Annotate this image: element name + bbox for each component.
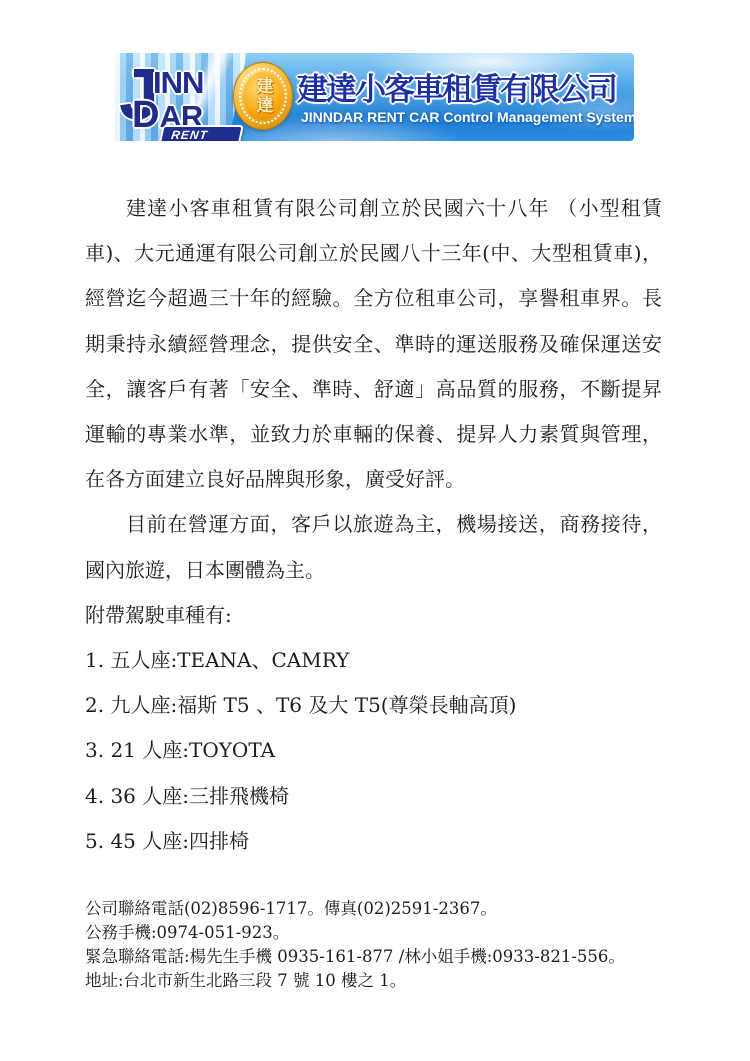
logo-letters-inn: INN: [153, 67, 203, 98]
vehicle-list: 1. 五人座:TEANA、CAMRY 2. 九人座:福斯 T5 、T6 及大 T…: [85, 638, 662, 864]
list-item: 1. 五人座:TEANA、CAMRY: [85, 638, 662, 683]
list-item: 2. 九人座:福斯 T5 、T6 及大 T5(尊榮長軸高頂): [85, 683, 662, 728]
paragraph-line: 運輸的專業水準，並致力於車輛的保養、提昇人力素質與管理，: [85, 412, 662, 457]
logo-letter-d: D: [132, 94, 159, 136]
operations-paragraph: 目前在營運方面，客戶以旅遊為主，機場接送，商務接待， 國內旅遊，日本團體為主。: [85, 502, 662, 592]
document-body: 建達小客車租賃有限公司創立於民國六十八年 （小型租賃 車)、大元通運有限公司創立…: [85, 186, 662, 864]
list-item: 5. 45 人座:四排椅: [85, 819, 662, 864]
document-page: J INN DAR RENT CAR 建達 建達小客車租賃有限公司 JINNDA…: [0, 0, 750, 1061]
contact-line: 公司聯絡電話(02)8596-1717。傳真(02)2591-2367。: [85, 897, 685, 921]
paragraph-line: 經營迄今超過三十年的經驗。全方位租車公司，享譽租車界。長: [85, 276, 662, 321]
banner-subtitle: JINNDAR RENT CAR Control Management Syst…: [301, 109, 634, 125]
rent-car-ribbon: RENT CAR: [155, 125, 244, 141]
seal-text: 建達: [251, 77, 276, 115]
contact-info: 公司聯絡電話(02)8596-1717。傳真(02)2591-2367。 公務手…: [85, 897, 685, 993]
paragraph-line: 建達小客車租賃有限公司創立於民國六十八年 （小型租賃: [85, 186, 662, 231]
contact-line: 緊急聯絡電話:楊先生手機 0935-161-877 /林小姐手機:0933-82…: [85, 945, 685, 969]
rent-car-ribbon-label: RENT CAR: [169, 129, 231, 141]
contact-line: 地址:台北市新生北路三段 7 號 10 樓之 1。: [85, 969, 685, 993]
paragraph-line: 在各方面建立良好品牌與形象，廣受好評。: [85, 457, 662, 502]
list-item: 4. 36 人座:三排飛機椅: [85, 774, 662, 819]
intro-paragraph: 建達小客車租賃有限公司創立於民國六十八年 （小型租賃 車)、大元通運有限公司創立…: [85, 186, 662, 502]
paragraph-line: 國內旅遊，日本團體為主。: [85, 548, 662, 593]
jinndar-seal-icon: 建達: [233, 62, 293, 130]
jinndar-logo: J INN DAR RENT CAR: [115, 53, 240, 141]
paragraph-line: 目前在營運方面，客戶以旅遊為主，機場接送，商務接待，: [85, 502, 662, 547]
list-item: 3. 21 人座:TOYOTA: [85, 728, 662, 773]
paragraph-line: 車)、大元通運有限公司創立於民國八十三年(中、大型租賃車)，: [85, 231, 662, 276]
banner-title: 建達小客車租賃有限公司: [297, 64, 627, 109]
paragraph-line: 全，讓客戶有著「安全、準時、舒適」高品質的服務，不斷提昇: [85, 367, 662, 412]
vehicle-list-heading: 附帶駕駛車種有:: [85, 593, 662, 638]
seal-core: 建達: [243, 72, 283, 120]
company-banner: J INN DAR RENT CAR 建達 建達小客車租賃有限公司 JINNDA…: [115, 53, 634, 141]
contact-line: 公務手機:0974-051-923。: [85, 921, 685, 945]
paragraph-line: 期秉持永續經營理念，提供安全、準時的運送服務及確保運送安: [85, 322, 662, 367]
